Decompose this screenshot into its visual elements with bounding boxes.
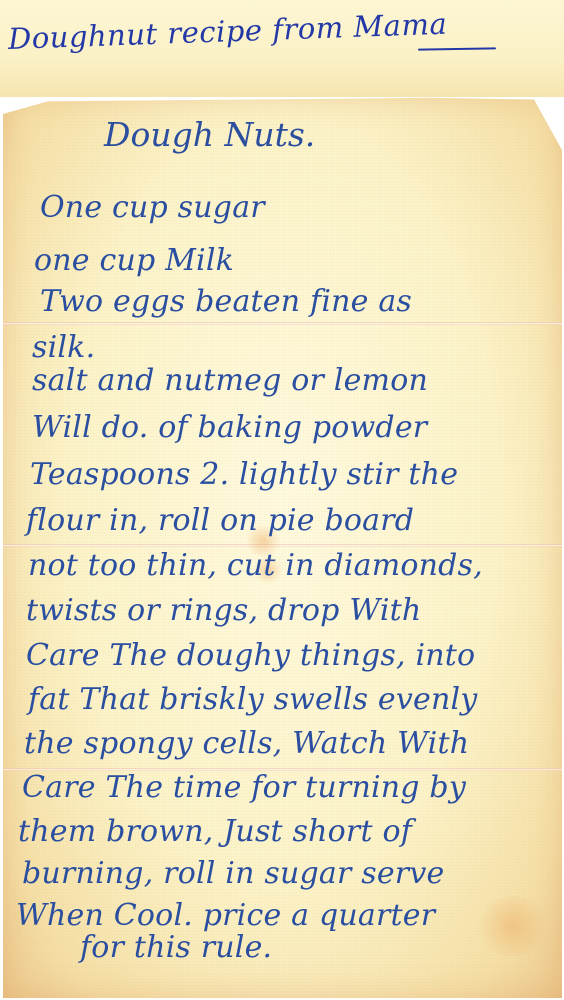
recipe-line: Teaspoons 2. lightly stir the	[30, 457, 458, 492]
recipe-line: Care The time for turning by	[22, 770, 466, 805]
recipe-line: salt and nutmeg or lemon	[32, 363, 428, 398]
recipe-line: the spongy cells, Watch With	[24, 726, 469, 761]
recipe-line: Will do. of baking powder	[32, 410, 427, 445]
recipe-line: not too thin, cut in diamonds,	[28, 548, 483, 583]
recipe-title: Dough Nuts.	[104, 115, 315, 154]
recipe-line: One cup sugar	[40, 190, 265, 225]
recipe-line: Two eggs beaten fine as	[40, 284, 412, 319]
recipe-line: twists or rings, drop With	[26, 593, 421, 628]
paper-fold-line	[3, 544, 562, 547]
recipe-label-strip: Doughnut recipe from Mama	[0, 0, 564, 97]
recipe-line: burning, roll in sugar serve	[22, 856, 444, 891]
recipe-line: for this rule.	[80, 930, 272, 965]
recipe-line: flour in, roll on pie board	[26, 503, 414, 538]
recipe-line: one cup Milk	[34, 243, 234, 278]
recipe-line: them brown, Just short of	[18, 814, 412, 849]
label-heading: Doughnut recipe from Mama	[7, 7, 447, 56]
recipe-line: silk.	[32, 330, 95, 365]
recipe-line: When Cool. price a quarter	[16, 898, 435, 933]
recipe-line: fat That briskly swells evenly	[28, 682, 477, 717]
paper-fold-line	[3, 322, 562, 325]
recipe-line: Care The doughy things, into	[26, 638, 475, 673]
label-underline	[418, 47, 496, 50]
stain-spot	[473, 896, 553, 956]
